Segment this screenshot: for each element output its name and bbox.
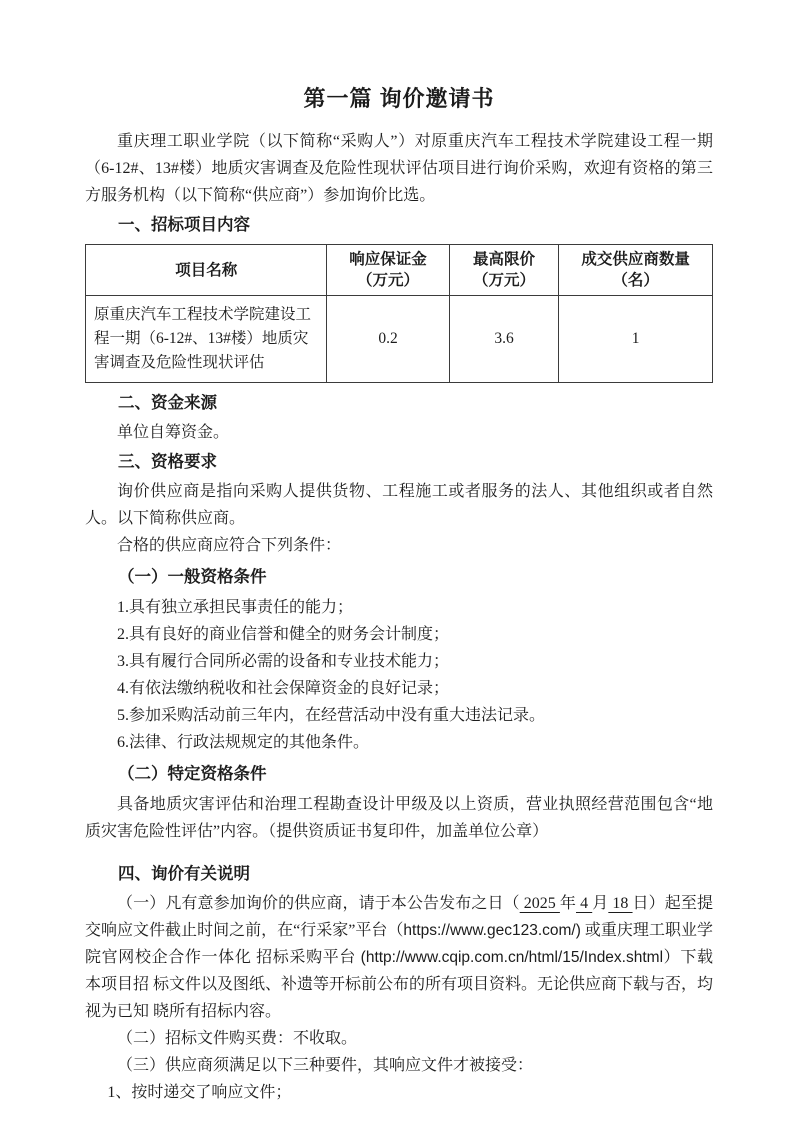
note1-text: 年	[560, 895, 576, 912]
note1-text: （一）凡有意参加询价的供应商，请于本公告发布之日（	[117, 895, 520, 912]
announce-year-underlined: 2025	[520, 895, 560, 912]
bid-items-table: 项目名称 响应保证金 （万元） 最高限价 （万元） 成交供应商数量 （名） 原重…	[85, 244, 713, 383]
specific-conditions-heading: （二）特定资格条件	[85, 761, 713, 788]
col-header-line: （万元）	[473, 272, 535, 289]
col-header-line: 响应保证金	[349, 251, 427, 268]
table-row: 原重庆汽车工程技术学院建设工程一期（6-12#、13#楼）地质灾害调查及危险性现…	[86, 296, 713, 383]
announce-month-underlined: 4	[576, 895, 592, 912]
section-4-heading: 四、询价有关说明	[85, 861, 713, 888]
col-header-winner-count: 成交供应商数量 （名）	[559, 245, 713, 296]
inquiry-note-3-sub-1: 1、按时递交了响应文件；	[85, 1079, 713, 1106]
inquiry-note-2: （二）招标文件购买费：不收取。	[85, 1025, 713, 1052]
section-2-heading: 二、资金来源	[85, 390, 713, 417]
col-header-deposit: 响应保证金 （万元）	[327, 245, 449, 296]
cell-project-name: 原重庆汽车工程技术学院建设工程一期（6-12#、13#楼）地质灾害调查及危险性现…	[86, 296, 327, 383]
condition-item-4: 4.有依法缴纳税收和社会保障资金的良好记录；	[85, 675, 713, 702]
condition-item-6: 6.法律、行政法规规定的其他条件。	[85, 729, 713, 756]
inquiry-note-1: （一）凡有意参加询价的供应商，请于本公告发布之日（ 2025 年 4 月 18 …	[85, 890, 713, 1025]
specific-condition-text: 具备地质灾害评估和治理工程勘查设计甲级及以上资质，营业执照经营范围包含“地质灾害…	[85, 791, 713, 845]
col-header-line: 项目名称	[175, 262, 237, 279]
cell-deposit: 0.2	[327, 296, 449, 383]
qualification-intro: 询价供应商是指向采购人提供货物、工程施工或者服务的法人、其他组织或者自然人。以下…	[85, 478, 713, 532]
col-header-line: 最高限价	[473, 251, 535, 268]
condition-item-3: 3.具有履行合同所必需的设备和专业技术能力；	[85, 648, 713, 675]
col-header-project-name: 项目名称	[86, 245, 327, 296]
section-1-heading: 一、招标项目内容	[85, 212, 713, 239]
qualification-lead: 合格的供应商应符合下列条件：	[85, 532, 713, 559]
cell-max-price: 3.6	[449, 296, 559, 383]
page-title: 第一篇 询价邀请书	[85, 84, 713, 114]
section-3-heading: 三、资格要求	[85, 449, 713, 476]
col-header-line: （名）	[612, 272, 659, 289]
col-header-line: 成交供应商数量	[581, 251, 690, 268]
col-header-max-price: 最高限价 （万元）	[449, 245, 559, 296]
url-gec123: https://www.gec123.com/)	[403, 922, 580, 939]
url-cqip: (http://www.cqip.com.cn/html/15/Index.sh…	[361, 949, 663, 966]
note1-text: 月	[592, 895, 608, 912]
col-header-line: （万元）	[357, 272, 419, 289]
funding-source-text: 单位自筹资金。	[85, 419, 713, 446]
intro-paragraph: 重庆理工职业学院（以下简称“采购人”）对原重庆汽车工程技术学院建设工程一期（6-…	[85, 128, 713, 209]
cell-winner-count: 1	[559, 296, 713, 383]
inquiry-note-3: （三）供应商须满足以下三种要件，其响应文件才被接受：	[85, 1052, 713, 1079]
document-page: 第一篇 询价邀请书 重庆理工职业学院（以下简称“采购人”）对原重庆汽车工程技术学…	[0, 0, 793, 1122]
condition-item-1: 1.具有独立承担民事责任的能力；	[85, 594, 713, 621]
condition-item-5: 5.参加采购活动前三年内，在经营活动中没有重大违法记录。	[85, 702, 713, 729]
announce-day-underlined: 18	[608, 895, 632, 912]
table-header-row: 项目名称 响应保证金 （万元） 最高限价 （万元） 成交供应商数量 （名）	[86, 245, 713, 296]
general-conditions-heading: （一）一般资格条件	[85, 564, 713, 591]
condition-item-2: 2.具有良好的商业信誉和健全的财务会计制度；	[85, 621, 713, 648]
